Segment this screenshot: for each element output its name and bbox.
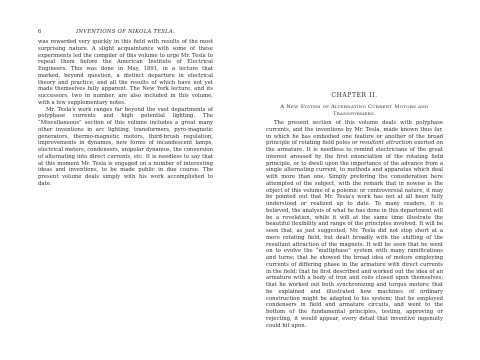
running-head: 6 INVENTIONS OF NIKOLA TESLA.	[38, 29, 213, 37]
section-title-line: A New System of Alternating Current Moto…	[266, 104, 443, 111]
right-body-text: The present section of this volume deals…	[266, 120, 443, 329]
left-page: 6 INVENTIONS OF NIKOLA TESLA. was reward…	[38, 0, 213, 360]
paragraph: was rewarded very quickly in this field …	[38, 39, 213, 107]
text-run: exerted on the armature. It is needless …	[266, 140, 443, 328]
paragraph: The present section of this volume deals…	[266, 120, 443, 329]
running-title: INVENTIONS OF NIKOLA TESLA.	[38, 29, 213, 35]
right-page: CHAPTER II. A New System of Alternating …	[266, 0, 443, 360]
emphasis-text: resultant attraction	[360, 140, 413, 146]
section-title: A New System of Alternating Current Moto…	[266, 104, 443, 117]
section-title-line: Transformers.	[266, 111, 443, 118]
paragraph: Mr. Tesla's work ranges far beyond the v…	[38, 107, 213, 188]
chapter-heading: CHAPTER II.	[266, 92, 443, 99]
left-body-text: was rewarded very quickly in this field …	[38, 39, 213, 188]
